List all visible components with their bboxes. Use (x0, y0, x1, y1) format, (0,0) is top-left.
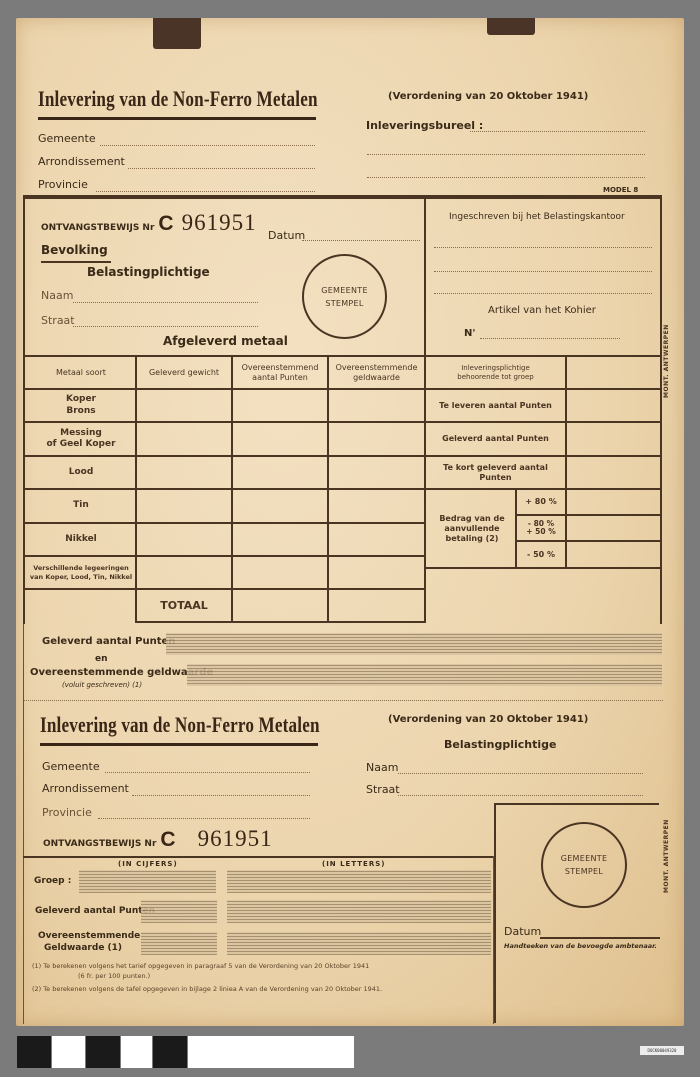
archive-label: DOCK00049320 (640, 1046, 684, 1055)
stub-row-group: Groep : (34, 876, 71, 886)
table-bottom-rule (136, 621, 426, 623)
field-summary-value[interactable] (187, 664, 662, 686)
footnote-1: (1) Te berekenen volgens het tarief opge… (32, 962, 369, 970)
payment-label: Bedrag van de aanvullende betaling (2) (430, 490, 514, 568)
stub-receipt-number: 961951 (198, 826, 273, 852)
row-points-to-deliver: Te leveren aantal Punten (426, 390, 565, 421)
row-points-delivered: Geleverd aantal Punten (426, 423, 565, 455)
left-edge-rule (23, 624, 24, 1024)
calibration-white-1 (52, 1036, 85, 1068)
stub-field-provincie[interactable] (98, 818, 310, 819)
binding-tab-right (487, 18, 535, 35)
summary-value-label: Overeenstemmende geldwaarde (30, 667, 213, 678)
col-header-weight: Geleverd gewicht (137, 357, 231, 388)
stamp-line1: GEMEENTE (321, 286, 368, 295)
stub-divider (493, 856, 494, 1024)
footnote-2: (2) Te berekenen volgens de tafel opgege… (32, 985, 382, 993)
field-value-figures[interactable] (141, 932, 217, 955)
stub-stamp-area: GEMEENTE STEMPEL (541, 822, 627, 908)
label-gemeente: Gemeente (38, 132, 96, 145)
field-value-letters[interactable] (227, 932, 491, 955)
summary-and: en (95, 654, 108, 664)
article-label: Artikel van het Kohier (488, 305, 596, 316)
receipt-number: 961951 (182, 210, 257, 236)
calibration-black-2 (86, 1036, 120, 1068)
field-datum[interactable] (302, 240, 420, 241)
summary-points-label: Geleverd aantal Punten (42, 636, 175, 647)
population-heading: Bevolking (41, 243, 108, 257)
stub-receipt-row: ONTVANGSTBEWIJS Nr C 961951 (43, 826, 273, 852)
field-inleveringsbureel-line2[interactable] (367, 154, 645, 155)
field-points-figures[interactable] (141, 900, 217, 923)
stub-taxpayer: Belastingplichtige (444, 738, 556, 751)
binding-tab-left (153, 18, 201, 49)
label-datum: Datum (268, 229, 305, 242)
field-straat[interactable] (73, 326, 258, 327)
col-header-letters: (IN LETTERS) (322, 860, 385, 868)
col-header-value: Overeenstemmende geldwaarde (329, 357, 424, 388)
receipt-series: C (158, 212, 173, 236)
row-copper-bronze: Koper Brons (27, 390, 135, 421)
stub-decree: (Verordening van 20 Oktober 1941) (388, 714, 588, 725)
stub-label-naam: Naam (366, 761, 398, 774)
field-article-nr[interactable] (480, 338, 620, 339)
population-underline (41, 261, 111, 263)
field-arrondissement[interactable] (128, 168, 315, 169)
field-tax-office-3[interactable] (434, 293, 652, 294)
field-tax-office-2[interactable] (434, 271, 652, 272)
col-divider (135, 355, 137, 623)
col-header-points: Overeenstemmend aantal Punten (233, 357, 327, 388)
col-divider (327, 355, 329, 623)
printer-imprint-top: MONT. ANTWERPEN (663, 318, 670, 398)
tax-office-label: Ingeschreven bij het Belastingskantoor (449, 212, 625, 222)
stub-field-straat[interactable] (398, 795, 643, 796)
stub-stamp-line1: GEMEENTE (561, 854, 608, 863)
receipt-number-row: ONTVANGSTBEWIJS Nr C 961951 (41, 210, 257, 236)
row-lead: Lood (27, 457, 135, 488)
pct-minus-50: - 50 % (517, 542, 565, 567)
stub-table-top-rule (23, 856, 493, 858)
stub-row-points: Geleverd aantal Punten (35, 906, 155, 916)
label-arrondissement: Arrondissement (38, 155, 125, 168)
taxpayer-heading: Belastingplichtige (87, 265, 210, 279)
pct-plus-80: + 80 % (517, 490, 565, 514)
stub-field-arrondissement[interactable] (132, 795, 310, 796)
decree-reference: (Verordening van 20 Oktober 1941) (388, 91, 588, 102)
pct-minus-80-plus-50: - 80 % + 50 % (517, 516, 565, 540)
calibration-white-3 (188, 1036, 354, 1068)
article-nr-label: N' (464, 328, 475, 339)
col-header-metal-type: Metaal soort (27, 357, 135, 388)
stub-label-arrondissement: Arrondissement (42, 782, 129, 795)
model-number: MODEL 8 (603, 186, 638, 194)
row-total: TOTAAL (137, 590, 231, 621)
footnote-1-cont: (6 fr. per 100 punten.) (78, 972, 150, 980)
row-alloys: Verschillende legeeringen van Koper, Loo… (29, 557, 133, 588)
stub-label-gemeente: Gemeente (42, 760, 100, 773)
field-inleveringsbureel[interactable] (470, 131, 645, 132)
col-divider (231, 355, 233, 623)
field-group-figures[interactable] (79, 870, 216, 893)
stub-label-straat: Straat (366, 783, 400, 796)
row-tin: Tin (27, 490, 135, 522)
row-points-short: Te kort geleverd aantal Punten (426, 457, 565, 488)
field-summary-points[interactable] (166, 633, 662, 655)
perforation-line (23, 700, 663, 701)
stamp-line2: STEMPEL (325, 299, 363, 308)
label-naam: Naam (41, 289, 73, 302)
row-brass: Messing of Geel Koper (27, 423, 135, 455)
top-rule (23, 195, 662, 197)
calibration-white-2 (121, 1036, 152, 1068)
field-inleveringsbureel-line3[interactable] (367, 177, 645, 178)
stub-field-naam[interactable] (398, 773, 643, 774)
stub-label-provincie: Provincie (42, 806, 92, 819)
col-divider (565, 355, 567, 568)
stub-title: Inlevering van de Non-Ferro Metalen (40, 712, 320, 738)
row-nickel: Nikkel (27, 524, 135, 555)
label-inleveringsbureel: Inleveringsbureel : (366, 119, 483, 132)
delivered-metal-heading: Afgeleverd metaal (163, 334, 288, 348)
calibration-black-1 (17, 1036, 51, 1068)
municipal-stamp-area: GEMEENTE STEMPEL (302, 254, 387, 339)
group-header: Inleveringsplichtige behoorende tot groe… (426, 357, 565, 388)
stub-field-gemeente[interactable] (105, 772, 310, 773)
calibration-black-3 (153, 1036, 187, 1068)
stub-field-datum[interactable] (540, 937, 660, 939)
stub-label-datum: Datum (504, 925, 541, 938)
signature-caption: Handteeken van de bevoegde ambtenaar. (504, 942, 657, 950)
form-title: Inlevering van de Non-Ferro Metalen (38, 86, 318, 112)
stub-receipt-series: C (160, 828, 175, 852)
label-provincie: Provincie (38, 178, 88, 191)
col-header-figures: (IN CIJFERS) (118, 860, 178, 868)
printer-imprint-bottom: MONT. ANTWERPEN (663, 818, 670, 893)
field-points-letters[interactable] (227, 900, 491, 923)
field-gemeente[interactable] (100, 145, 315, 146)
summary-written-out: (voluit geschreven) (1) (62, 681, 142, 689)
field-naam[interactable] (73, 302, 258, 303)
stub-title-underline (40, 743, 318, 746)
stub-row-value: Overeenstemmende Geldwaarde (1) (38, 931, 128, 954)
field-group-letters[interactable] (227, 870, 491, 893)
field-provincie[interactable] (96, 191, 315, 192)
title-underline (38, 117, 316, 120)
stub-receipt-label: ONTVANGSTBEWIJS Nr (43, 839, 156, 849)
stub-stamp-line2: STEMPEL (565, 867, 603, 876)
receipt-label: ONTVANGSTBEWIJS Nr (41, 223, 154, 233)
field-tax-office-1[interactable] (434, 247, 652, 248)
label-straat: Straat (41, 314, 75, 327)
